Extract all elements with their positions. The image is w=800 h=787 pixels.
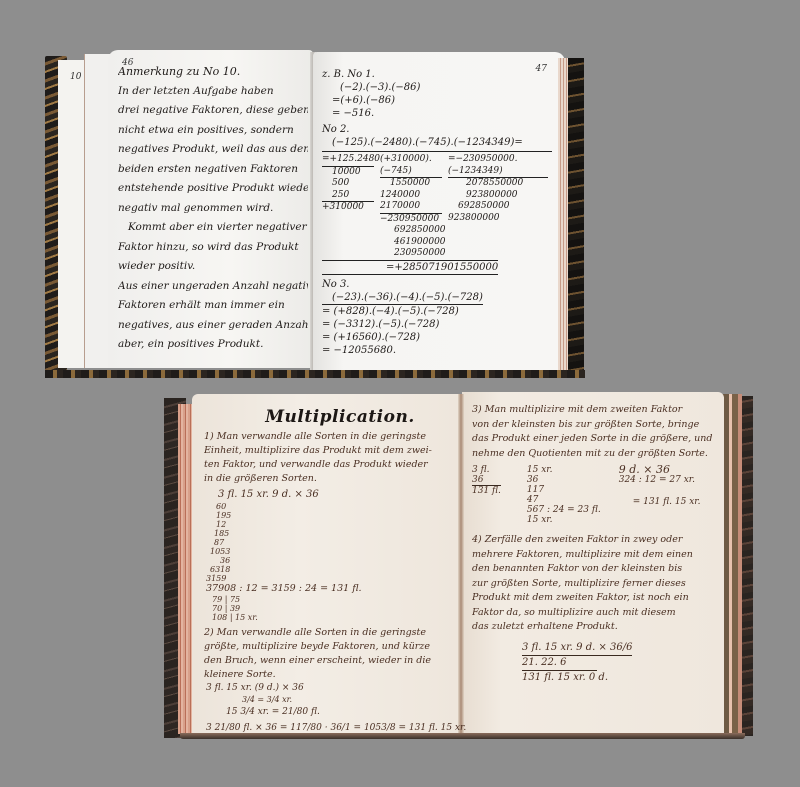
text-line: negativ mal genommen wird. <box>118 199 308 219</box>
math-cell: 923800000 <box>448 190 548 202</box>
math-line: = (−3312).(−5).(−728) <box>322 318 552 331</box>
text-line: negatives Produkt, weil das aus den <box>118 140 308 160</box>
calc1-header: 3 fl. 15 xr. 9 d. × 36 <box>204 488 456 502</box>
math-cell: 10000 <box>322 167 374 179</box>
page-edges <box>558 58 568 370</box>
note-heading: Anmerkung zu No 10. <box>118 62 308 82</box>
text-line: Faktoren erhält man immer ein <box>118 296 308 316</box>
text-line: entstehende positive Produkt wieder <box>118 179 308 199</box>
text-line: das zuletzt erhaltene Produkt. <box>472 620 717 635</box>
math-cell: 461900000 <box>394 237 552 249</box>
math-line: 3 21/80 fl. × 36 = 117/80 · 36/1 = 1053/… <box>206 722 456 734</box>
no2-label: No 2. <box>322 123 552 136</box>
math-line: (−125).(−2480).(−745).(−1234349)= <box>322 136 552 149</box>
math-cell: −230950000 <box>380 213 442 226</box>
math-cell: 923800000 <box>448 213 548 225</box>
text-line: das Produkt einer jeden Sorte in die grö… <box>472 432 717 447</box>
text-line: kleinere Sorte. <box>204 668 456 682</box>
math-line: = −516. <box>322 107 552 120</box>
math-cell: 36 <box>472 475 501 486</box>
math-line: 3 fl. 15 xr. (9 d.) × 36 <box>206 682 456 694</box>
calc1-working: 60 195 12 185 87 1053 36 6318 3159 37908… <box>204 502 456 622</box>
text-line: Einheit, multiplizire das Produkt mit de… <box>204 444 456 458</box>
gutter <box>458 394 464 736</box>
math-line: 131 fl. 15 xr. 0 d. <box>522 672 608 683</box>
text-line: Kommt aber ein vierter negativer <box>118 218 308 238</box>
math-cell: 3 fl. <box>472 465 501 475</box>
text-line: ten Faktor, und verwandle das Produkt wi… <box>204 458 456 472</box>
math-line: 3 fl. 15 xr. 9 d. × 36/6 <box>522 641 632 656</box>
text-line: Faktor da, so multiplizire auch mit dies… <box>472 606 717 621</box>
page-title: Multiplication. <box>224 410 456 424</box>
math-line: = (+16560).(−728) <box>322 331 552 344</box>
rule-4: 4) Zerfälle den zweiten Faktor in zwey o… <box>472 533 717 635</box>
math-line: 21. 22. 6 <box>522 656 597 671</box>
handwritten-math: z. B. No 1. (−2).(−3).(−86) =(+6).(−86) … <box>322 68 552 357</box>
text-line: den Bruch, wenn einer erscheint, wieder … <box>204 654 456 668</box>
leaf-number: 10 <box>70 72 81 82</box>
rule-2: 2) Man verwandle alle Sorten in die geri… <box>204 626 456 682</box>
partial-products: =+125.2480 10000 500 250 +310000 (+31000… <box>322 154 552 225</box>
math-line: 60 <box>206 502 456 511</box>
math-cell: 15 xr. <box>527 515 601 525</box>
math-line: 6318 <box>206 565 456 574</box>
math-cell: 250 <box>322 190 374 202</box>
text-line: 2) Man verwandle alle Sorten in die geri… <box>204 626 456 640</box>
no2-result: =+285071901550000 <box>322 260 498 275</box>
math-cell: 117 <box>527 485 601 495</box>
math-line: (−23).(−36).(−4).(−5).(−728) <box>322 291 483 305</box>
math-line: 195 <box>206 511 456 520</box>
math-cell: 1240000 <box>380 190 442 202</box>
calc3-working: 3 fl. 36 131 fl. 15 xr. 36 117 47 567 : … <box>472 465 717 525</box>
calc4-working: 3 fl. 15 xr. 9 d. × 36/6 21. 22. 6 131 f… <box>522 641 717 685</box>
multiplication-left-text: Multiplication. 1) Man verwandle alle So… <box>204 402 456 734</box>
math-line: 15 3/4 xr. = 21/80 fl. <box>206 706 456 718</box>
math-cell: 1550000 <box>380 178 442 190</box>
math-line: 12 <box>206 520 456 529</box>
text-line: 4) Zerfälle den zweiten Faktor in zwey o… <box>472 533 717 548</box>
text-line: in die größeren Sorten. <box>204 472 456 486</box>
marbled-cover-right <box>568 58 584 376</box>
math-line: 36 <box>206 556 456 565</box>
math-cell: 9 d. × 36 <box>619 465 701 475</box>
rule-3: 3) Man multiplizire mit dem zweiten Fakt… <box>472 403 717 461</box>
math-cell: 15 xr. <box>527 465 601 475</box>
math-line: =(+6).(−86) <box>322 94 552 107</box>
rule-1: 1) Man verwandle alle Sorten in die geri… <box>204 430 456 486</box>
math-cell: 36 <box>527 475 601 485</box>
math-line: 108 | 15 xr. <box>206 613 456 622</box>
math-cell: 567 : 24 = 23 fl. <box>527 505 601 515</box>
math-cell: (+310000).(−745) <box>380 154 442 178</box>
math-cell: 47 <box>527 495 601 505</box>
math-cell: 692850000 <box>394 225 552 237</box>
math-line: = −12055680. <box>322 344 552 357</box>
text-line: negatives, aus einer geraden Anzahl <box>118 316 308 336</box>
no3-label: No 3. <box>322 278 552 291</box>
math-cell: = 131 fl. 15 xr. <box>619 497 701 507</box>
text-line: 1) Man verwandle alle Sorten in die geri… <box>204 430 456 444</box>
math-cell: =−230950000.(−1234349) <box>448 154 548 178</box>
math-cell: 500 <box>322 178 374 190</box>
math-line: 87 <box>206 538 456 547</box>
bottom-notebook: Multiplication. 1) Man verwandle alle So… <box>160 388 760 746</box>
math-line: 79 | 75 <box>206 595 456 604</box>
text-line: aber, ein positives Produkt. <box>118 335 308 355</box>
calc2-working: 3 fl. 15 xr. (9 d.) × 36 3/4 = 3/4 xr. 1… <box>204 682 456 734</box>
text-line: 3) Man multiplizire mit dem zweiten Fakt… <box>472 403 717 418</box>
text-line: wieder positiv. <box>118 257 308 277</box>
text-line: von der kleinsten bis zur größten Sorte,… <box>472 418 717 433</box>
math-line: 3/4 = 3/4 xr. <box>206 694 456 706</box>
math-line: 70 | 39 <box>206 604 456 613</box>
text-line: In der letzten Aufgabe haben <box>118 82 308 102</box>
text-line: größte, multiplizire beyde Faktoren, und… <box>204 640 456 654</box>
math-cell: 2078550000 <box>448 178 548 190</box>
math-line: 3159 <box>206 574 456 583</box>
text-line: mehrere Faktoren, multiplizire mit dem e… <box>472 548 717 563</box>
marbled-cover-bottom <box>45 370 585 378</box>
no1-label: z. B. No 1. <box>322 68 552 81</box>
math-line: (−2).(−3).(−86) <box>322 81 552 94</box>
multiplication-right-text: 3) Man multiplizire mit dem zweiten Fakt… <box>472 402 717 685</box>
math-cell: 2170000 <box>380 201 442 213</box>
text-line: zur größten Sorte, multiplizire ferner d… <box>472 577 717 592</box>
math-line: 1053 <box>206 547 456 556</box>
text-line: nicht etwa ein positives, sondern <box>118 121 308 141</box>
math-cell: 692850000 <box>448 201 548 213</box>
math-cell: =+125.2480 <box>322 154 374 167</box>
handwritten-note-text: Anmerkung zu No 10. In der letzten Aufga… <box>118 62 308 355</box>
text-line: drei negative Faktoren, diese geben <box>118 101 308 121</box>
math-cell: 131 fl. <box>472 486 501 496</box>
math-cell: 230950000 <box>394 248 552 260</box>
text-line: nehme den Quotienten mit zu der größten … <box>472 447 717 462</box>
math-cell: 324 : 12 = 27 xr. <box>619 475 701 485</box>
text-line: den benannten Faktor von der kleinsten b… <box>472 562 717 577</box>
text-line: Faktor hinzu, so wird das Produkt <box>118 238 308 258</box>
math-line: = (+828).(−4).(−5).(−728) <box>322 305 552 318</box>
math-line: 37908 : 12 = 3159 : 24 = 131 fl. <box>206 583 456 595</box>
text-line: Aus einer ungeraden Anzahl negativer <box>118 277 308 297</box>
top-notebook: 10 46 47 Anmerkung zu No 10. In der letz… <box>40 48 590 378</box>
math-line: 185 <box>206 529 456 538</box>
text-line: Produkt mit dem zweiten Faktor, ist noch… <box>472 591 717 606</box>
math-cell: +310000 <box>322 201 374 214</box>
text-line: beiden ersten negativen Faktoren <box>118 160 308 180</box>
